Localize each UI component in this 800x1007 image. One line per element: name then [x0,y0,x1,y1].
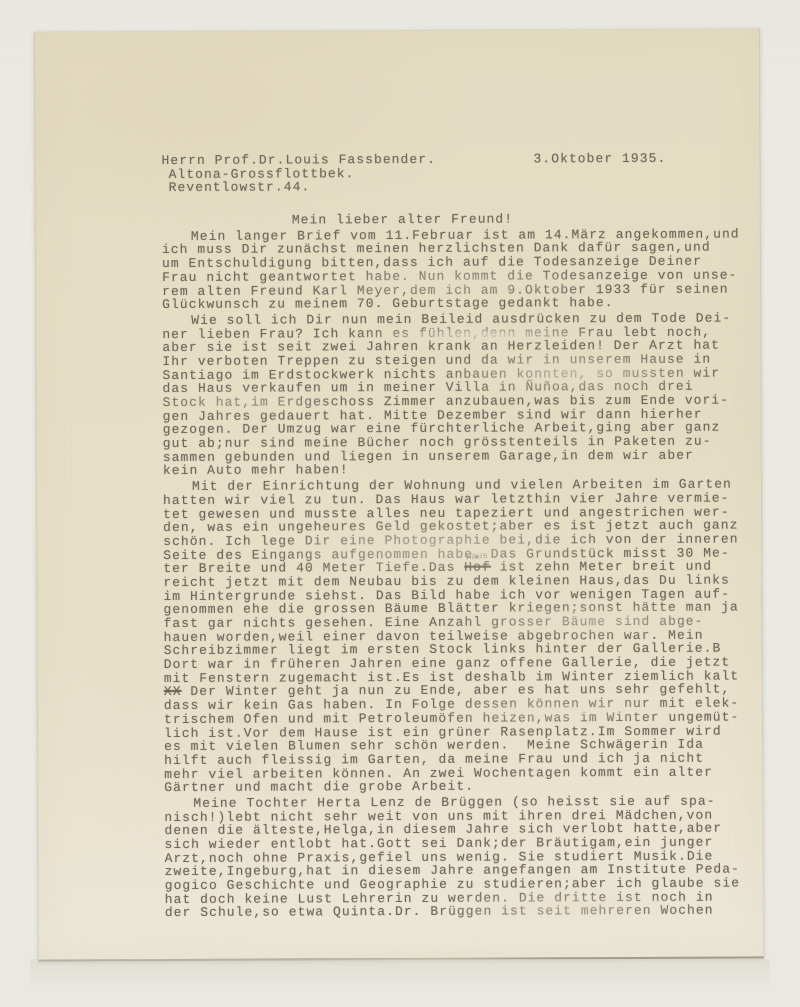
handwritten-correction: Haus [466,550,489,565]
paragraph: Mein langer Brief vom 11.Februar ist am … [162,227,752,312]
strikethrough-word: HofHaus [464,560,491,575]
typed-line: sammen gebunden und liegen in unserem Ga… [163,448,753,464]
scan-backing-edge [30,959,770,1007]
recipient-line: Reventlowstr.44. [162,179,752,195]
letter-head: Herrn Prof.Dr.Louis Fassbender. Altona-G… [162,151,752,195]
letter-content: Herrn Prof.Dr.Louis Fassbender. Altona-G… [162,151,755,920]
typed-line: kein Auto mehr haben! [163,462,753,478]
salutation: Mein lieber alter Freund! [162,212,752,228]
paragraph: Mit der Einrichtung der Wohnung und viel… [163,478,754,795]
typed-line: Glückwunsch zu meinem 70. Geburtstage ge… [162,296,752,312]
typed-line: Gärtner und macht die grobe Arbeit. [164,779,754,795]
letter-body: Mein langer Brief vom 11.Februar ist am … [162,227,755,920]
letter-paper: Herrn Prof.Dr.Louis Fassbender. Altona-G… [34,28,764,961]
typed-line: der Schule,so etwa Quinta.Dr. Brüggen is… [165,904,755,920]
strikethrough-word: XX [164,684,182,699]
letter-date: 3.Oktober 1935. [534,152,667,166]
scanned-letter-page: Herrn Prof.Dr.Louis Fassbender. Altona-G… [0,0,800,1007]
paragraph: Wie soll ich Dir nun mein Beileid ausdrü… [162,311,753,478]
paragraph: Meine Tochter Herta Lenz de Brüggen (so … [164,794,755,920]
